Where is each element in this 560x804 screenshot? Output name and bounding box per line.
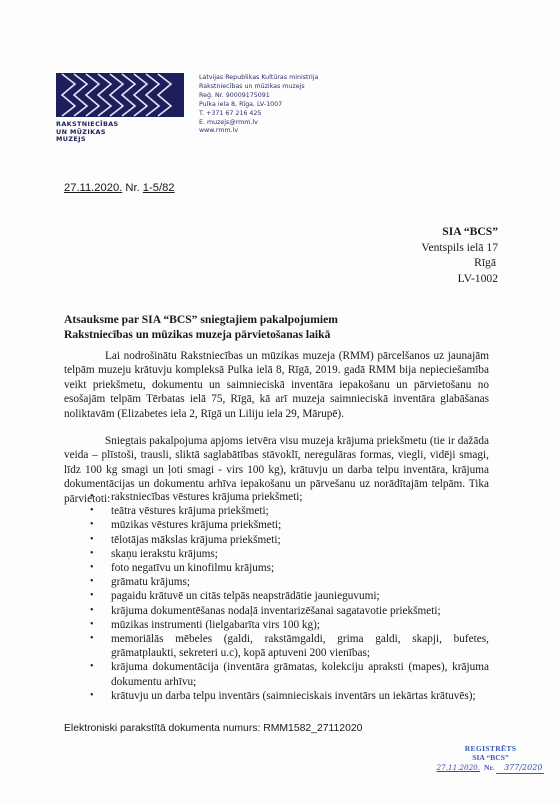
document-number: 1-5/82: [143, 182, 175, 194]
stamp-title: REGISTRĒTS: [433, 744, 548, 753]
document-date: 27.11.2020.: [64, 182, 122, 194]
bullet-icon: •: [90, 589, 94, 603]
list-item: •teātra vēstures krājuma priekšmeti;: [88, 504, 489, 518]
bullet-icon: •: [90, 490, 94, 504]
email-line: E. muzejs@rmm.lv: [199, 119, 318, 128]
list-item-text: pagaidu krātuvē un citās telpās neapstrā…: [111, 590, 380, 602]
letter-subject: Atsauksme par SIA “BCS” sniegtajiem paka…: [64, 312, 338, 342]
phone-line: T. +371 67 216 425: [199, 110, 318, 119]
bullet-icon: •: [90, 632, 94, 646]
electronic-signature-number: Elektroniski parakstītā dokumenta numurs…: [64, 723, 362, 734]
letter-body: Lai nodrošinātu Rakstniecības un mūzikas…: [64, 349, 489, 506]
recipient-city: Rīgā: [421, 255, 498, 271]
list-item-text: foto negatīvu un kinofilmu krājums;: [111, 562, 274, 574]
list-item: •rakstniecības vēstures krājuma priekšme…: [88, 490, 489, 504]
list-item-text: krājuma dokumentēšanas nodaļā inventariz…: [111, 605, 441, 617]
list-item-text: krājuma dokumentācija (inventāra grāmata…: [111, 661, 489, 687]
ministry-line: Latvijas Republikas Kultūras ministrija: [199, 74, 318, 83]
bullet-icon: •: [90, 689, 94, 703]
stamp-number: 377/2020: [496, 763, 544, 774]
list-item: •mūzikas instrumenti (lielgabarīta virs …: [88, 618, 489, 632]
list-item: •krātuvju un darba telpu inventārs (saim…: [88, 689, 489, 703]
list-item-text: teātra vēstures krājuma priekšmeti;: [111, 505, 269, 517]
museum-logo: [56, 73, 184, 117]
registration-number: Reģ. Nr. 90009175091: [199, 92, 318, 101]
logo-line: MUZEJS: [56, 136, 119, 144]
bullet-icon: •: [90, 575, 94, 589]
list-item-text: tēlotājas mākslas krājuma priekšmeti;: [111, 534, 281, 546]
address-line: Pulka iela 8, Rīga, LV-1007: [199, 101, 318, 110]
list-item: •memoriālās mēbeles (galdi, rakstāmgaldi…: [88, 632, 489, 660]
body-paragraph: Lai nodrošinātu Rakstniecības un mūzikas…: [64, 349, 489, 421]
museum-logo-text: RAKSTNIECĪBAS UN MŪZIKAS MUZEJS: [56, 121, 119, 144]
recipient-name: SIA “BCS”: [421, 224, 498, 240]
museum-name-line: Rakstniecības un mūzikas muzejs: [199, 83, 318, 92]
list-item-text: mūzikas vēstures krājuma priekšmeti;: [111, 519, 281, 531]
list-item: •krājuma dokumentācija (inventāra grāmat…: [88, 660, 489, 688]
list-item-text: mūzikas instrumenti (lielgabarīta virs 1…: [111, 619, 320, 631]
document-reference: 27.11.2020. Nr. 1-5/82: [64, 182, 175, 194]
stamp-entry: 27.11.2020. Nr. 377/2020: [433, 763, 548, 774]
list-item: •tēlotājas mākslas krājuma priekšmeti;: [88, 533, 489, 547]
bullet-icon: •: [90, 504, 94, 518]
list-item-text: krātuvju un darba telpu inventārs (saimn…: [111, 690, 476, 702]
list-item-text: skaņu ierakstu krājums;: [111, 548, 218, 560]
letter-page: RAKSTNIECĪBAS UN MŪZIKAS MUZEJS Latvijas…: [0, 0, 560, 804]
subject-line: Rakstniecības un mūzikas muzeja pārvieto…: [64, 327, 338, 342]
list-item: •grāmatu krājums;: [88, 575, 489, 589]
recipient-street: Ventspils ielā 17: [421, 240, 498, 256]
bullet-icon: •: [90, 618, 94, 632]
recipient-address: SIA “BCS” Ventspils ielā 17 Rīgā LV-1002: [421, 224, 498, 286]
list-item-text: rakstniecības vēstures krājuma priekšmet…: [111, 491, 303, 503]
stamp-number-label: Nr.: [484, 763, 494, 773]
recipient-postcode: LV-1002: [421, 271, 498, 287]
registration-stamp: REGISTRĒTS SIA “BCS” 27.11.2020. Nr. 377…: [433, 744, 548, 774]
organization-info: Latvijas Republikas Kultūras ministrija …: [199, 74, 318, 136]
list-item: •foto negatīvu un kinofilmu krājums;: [88, 561, 489, 575]
bullet-icon: •: [90, 533, 94, 547]
stamp-company: SIA “BCS”: [433, 753, 548, 762]
chevron-wave-logo-icon: [56, 73, 184, 117]
number-label: Nr.: [125, 182, 139, 194]
relocated-items-list: •rakstniecības vēstures krājuma priekšme…: [88, 490, 489, 703]
website-line: www.rmm.lv: [199, 127, 318, 136]
list-item: •mūzikas vēstures krājuma priekšmeti;: [88, 518, 489, 532]
list-item: •pagaidu krātuvē un citās telpās neapstr…: [88, 589, 489, 603]
list-item: •krājuma dokumentēšanas nodaļā inventari…: [88, 604, 489, 618]
subject-line: Atsauksme par SIA “BCS” sniegtajiem paka…: [64, 312, 338, 327]
list-item: •skaņu ierakstu krājums;: [88, 547, 489, 561]
bullet-icon: •: [90, 518, 94, 532]
list-item-text: grāmatu krājums;: [111, 576, 190, 588]
bullet-icon: •: [90, 561, 94, 575]
bullet-icon: •: [90, 660, 94, 674]
list-item-text: memoriālās mēbeles (galdi, rakstāmgaldi,…: [111, 633, 489, 659]
bullet-icon: •: [90, 547, 94, 561]
bullet-icon: •: [90, 604, 94, 618]
stamp-date: 27.11.2020.: [437, 763, 480, 773]
